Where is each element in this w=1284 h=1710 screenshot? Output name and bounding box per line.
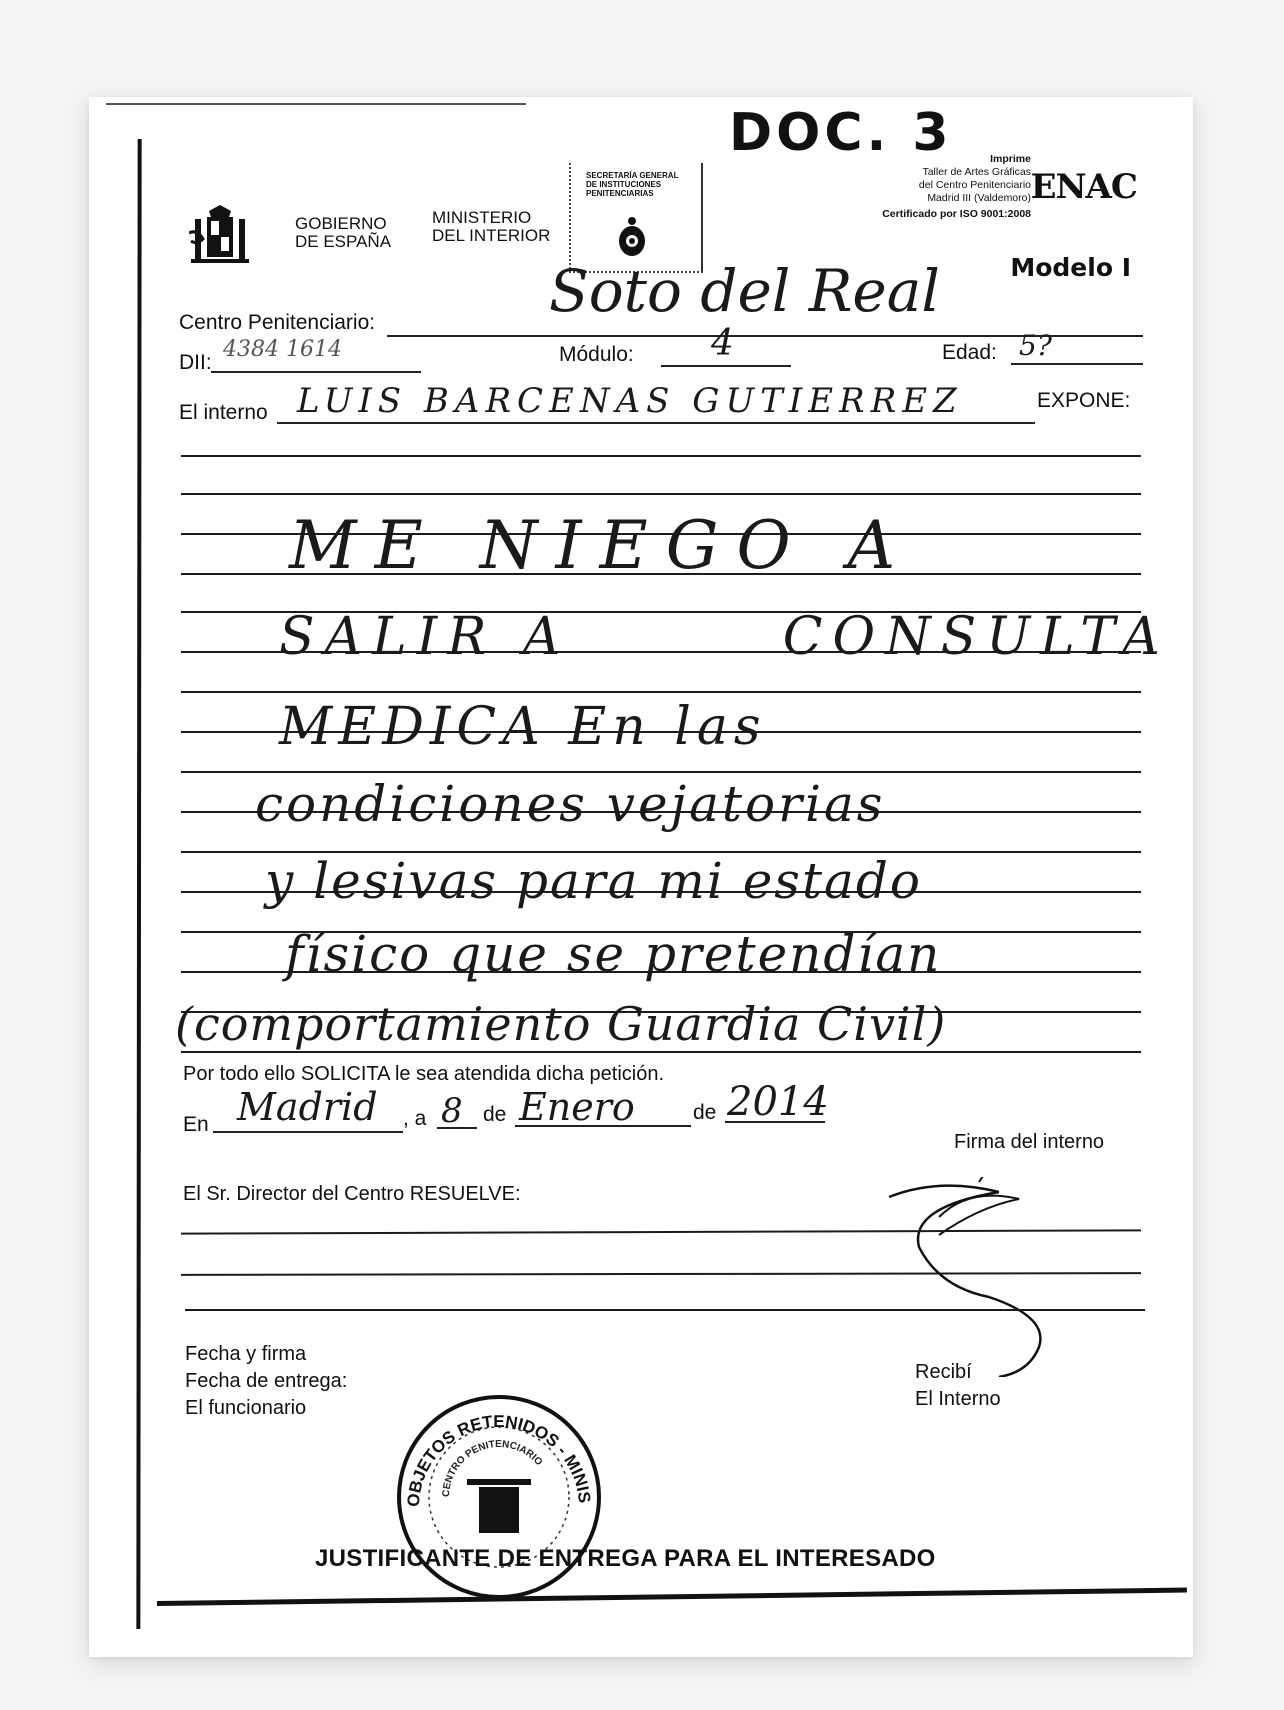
gobierno-line-1: GOBIERNO bbox=[295, 215, 391, 233]
date-place-line bbox=[213, 1131, 403, 1133]
ministerio-line-1: MINISTERIO bbox=[432, 209, 550, 227]
date-de-label-2: de bbox=[693, 1101, 716, 1125]
dni-line bbox=[211, 371, 421, 373]
gobierno-line-2: DE ESPAÑA bbox=[295, 233, 391, 251]
printer-line-3: del Centro Penitenciario bbox=[882, 179, 1031, 192]
modelo-label: Modelo I bbox=[1010, 253, 1131, 282]
exposition-line: (comportamiento Guardia Civil) bbox=[175, 997, 946, 1051]
fecha-entrega-label: Fecha de entrega: bbox=[185, 1368, 347, 1395]
ministerio-interior-text: MINISTERIO DEL INTERIOR bbox=[432, 209, 550, 245]
ministerio-line-2: DEL INTERIOR bbox=[432, 227, 550, 245]
modulo-value: 4 bbox=[711, 323, 734, 364]
exposition-line: y lesivas para mi estado bbox=[265, 852, 922, 910]
expone-label: EXPONE: bbox=[1037, 389, 1130, 413]
enac-logo: ENAC bbox=[1031, 167, 1137, 207]
exposition-line: MEDICA En las bbox=[279, 697, 767, 757]
recibi-label: Recibí bbox=[915, 1359, 1001, 1386]
bottom-border bbox=[157, 1588, 1187, 1606]
ruled-line bbox=[181, 493, 1141, 495]
edad-label: Edad: bbox=[942, 341, 997, 365]
funcionario-label: El funcionario bbox=[185, 1395, 347, 1422]
printer-line-1: Imprime bbox=[882, 153, 1031, 166]
date-month: Enero bbox=[519, 1085, 635, 1129]
iso-certification: Certificado por ISO 9001:2008 bbox=[882, 208, 1031, 221]
penitentiary-emblem-icon bbox=[615, 215, 649, 259]
firma-label: Firma del interno bbox=[954, 1131, 1104, 1154]
interno-value: LUIS BARCENAS GUTIERREZ bbox=[297, 381, 963, 421]
footer-right-labels: Recibí El Interno bbox=[915, 1359, 1001, 1413]
solicita-text: Por todo ello SOLICITA le sea atendida d… bbox=[183, 1063, 664, 1086]
modulo-line bbox=[661, 365, 791, 367]
secretaria-line-3: PENITENCIARIAS bbox=[586, 189, 678, 198]
resolution-line bbox=[185, 1309, 1145, 1311]
printer-line-4: Madrid III (Valdemoro) bbox=[882, 192, 1031, 205]
dni-value: 4384 1614 bbox=[223, 337, 342, 362]
exposition-line: condiciones vejatorias bbox=[255, 775, 885, 833]
secretaria-text: SECRETARÍA GENERAL DE INSTITUCIONES PENI… bbox=[586, 171, 678, 198]
spain-coat-of-arms-icon bbox=[189, 203, 251, 267]
date-de-label-1: de bbox=[483, 1103, 506, 1127]
interno-label: El interno bbox=[179, 401, 268, 425]
official-stamp: OBJETOS RETENIDOS - MINISTERIO CENTRO PE… bbox=[389, 1387, 609, 1607]
exposition-line: SALIR A CONSULTA bbox=[279, 607, 1170, 667]
scanned-document-page: DOC. 3 GOBIERNO DE ESPAÑA MINISTERIO DEL… bbox=[89, 97, 1193, 1657]
date-en-label: En bbox=[183, 1113, 209, 1137]
secretaria-line-1: SECRETARÍA GENERAL bbox=[586, 171, 678, 180]
date-a-label: , a bbox=[403, 1107, 426, 1131]
left-border bbox=[136, 139, 141, 1629]
exposition-line: ME NIEGO A bbox=[289, 507, 913, 584]
date-year: 2014 bbox=[727, 1079, 829, 1125]
edad-value: 5? bbox=[1019, 329, 1052, 362]
edad-line bbox=[1011, 363, 1143, 365]
ruled-line bbox=[181, 455, 1141, 457]
exposition-line: físico que se pretendían bbox=[285, 925, 941, 983]
secretaria-line-2: DE INSTITUCIONES bbox=[586, 180, 678, 189]
date-place: Madrid bbox=[237, 1085, 378, 1129]
ruled-line bbox=[181, 771, 1141, 773]
centro-label: Centro Penitenciario: bbox=[179, 311, 375, 335]
dni-label: DII: bbox=[179, 351, 212, 375]
printer-line-2: Taller de Artes Gráficas bbox=[882, 166, 1031, 179]
director-resuelve-text: El Sr. Director del Centro RESUELVE: bbox=[183, 1183, 521, 1206]
top-scan-line bbox=[106, 103, 526, 105]
ruled-line bbox=[181, 1051, 1141, 1053]
interno-line bbox=[277, 422, 1035, 424]
printer-info: Imprime Taller de Artes Gráficas del Cen… bbox=[882, 153, 1031, 221]
fecha-firma-label: Fecha y firma bbox=[185, 1341, 347, 1368]
modulo-label: Módulo: bbox=[559, 343, 634, 367]
gobierno-espana-text: GOBIERNO DE ESPAÑA bbox=[295, 215, 391, 251]
ruled-line bbox=[181, 691, 1141, 693]
date-day: 8 bbox=[441, 1091, 463, 1131]
footer-left-labels: Fecha y firma Fecha de entrega: El funci… bbox=[185, 1341, 347, 1422]
signature-scribble bbox=[879, 1177, 1179, 1377]
justificante-title: JUSTIFICANTE DE ENTREGA PARA EL INTERESA… bbox=[315, 1545, 936, 1573]
el-interno-label: El Interno bbox=[915, 1386, 1001, 1413]
centro-value: Soto del Real bbox=[549, 257, 940, 325]
